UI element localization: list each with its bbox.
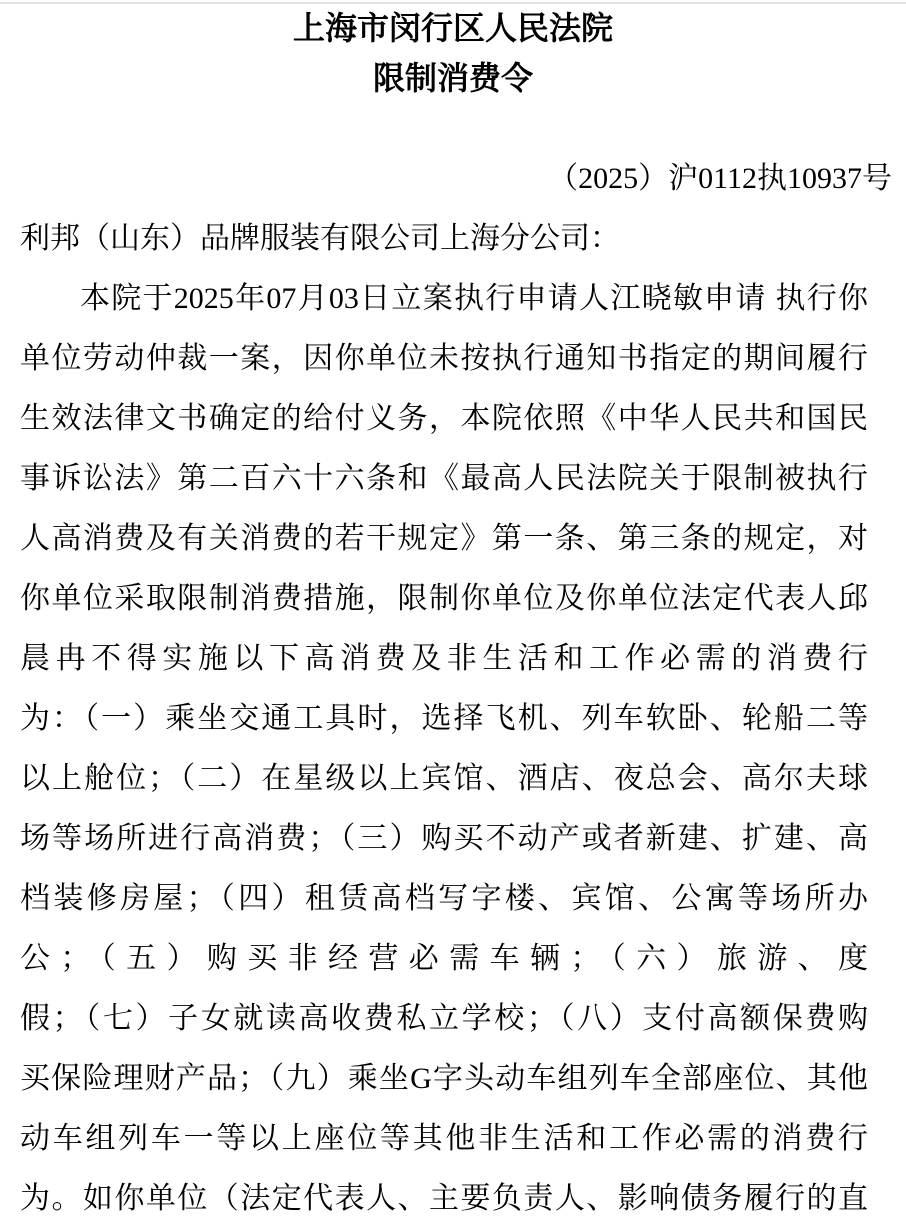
addressee: 利邦（山东）品牌服装有限公司上海分公司：: [20, 209, 868, 269]
body-line: 本院于2025年07月03日立案执行申请人江晓敏申请 执行你: [20, 269, 868, 329]
document-header: 上海市闵行区人民法院 限制消费令: [0, 0, 906, 103]
body-line: 生效法律文书确定的给付义务，本院依照《中华人民共和国民: [20, 389, 868, 449]
court-order-document: 上海市闵行区人民法院 限制消费令 （2025）沪0112执10937号 利邦（山…: [0, 0, 906, 1227]
body-line: 假；（七）子女就读高收费私立学校；（八）支付高额保费购: [20, 989, 868, 1049]
body-line: 为：（一）乘坐交通工具时，选择飞机、列车软卧、轮船二等: [20, 689, 868, 749]
body-line: 你单位采取限制消费措施，限制你单位及你单位法定代表人邱: [20, 569, 868, 629]
page-top-divider: [0, 2, 906, 4]
case-number: （2025）沪0112执10937号: [0, 149, 906, 209]
order-body: 利邦（山东）品牌服装有限公司上海分公司： 本院于2025年07月03日立案执行申…: [0, 209, 906, 1227]
body-line: 人高消费及有关消费的若干规定》第一条、第三条的规定，对: [20, 509, 868, 569]
body-line: 场等场所进行高消费；（三）购买不动产或者新建、扩建、高: [20, 809, 868, 869]
body-line: 晨冉不得实施以下高消费及非生活和工作必需的消费行: [20, 629, 868, 689]
body-line: 公；（五）购买非经营必需车辆；（六）旅游、度: [20, 929, 868, 989]
body-line: 档装修房屋；（四）租赁高档写字楼、宾馆、公寓等场所办: [20, 869, 868, 929]
body-line: 单位劳动仲裁一案，因你单位未按执行通知书指定的期间履行: [20, 329, 868, 389]
court-name: 上海市闵行区人民法院: [0, 3, 906, 53]
body-line: 以上舱位；（二）在星级以上宾馆、酒店、夜总会、高尔夫球: [20, 749, 868, 809]
order-title: 限制消费令: [0, 53, 906, 103]
body-line: 为。如你单位（法定代表人、主要负责人、影响债务履行的直: [20, 1169, 868, 1227]
body-line: 动车组列车一等以上座位等其他非生活和工作必需的消费行: [20, 1109, 868, 1169]
body-line: 事诉讼法》第二百六十六条和《最高人民法院关于限制被执行: [20, 449, 868, 509]
body-line: 买保险理财产品；（九）乘坐G字头动车组列车全部座位、其他: [20, 1049, 868, 1109]
